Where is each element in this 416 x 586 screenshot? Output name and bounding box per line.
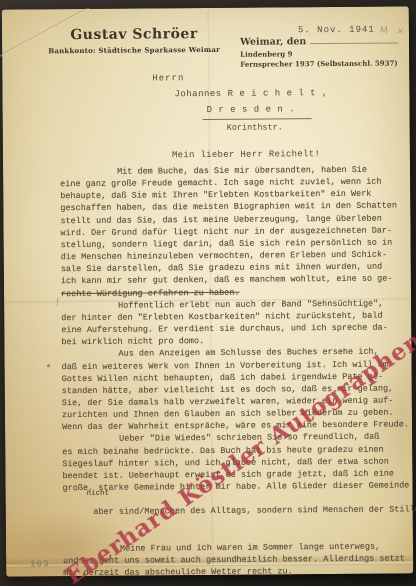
recipient-city: D r e s d e n . (203, 101, 329, 120)
letterhead-sender: Gustav Schröer Bankkonto: Städtische Spa… (42, 26, 226, 55)
typed-insertion: nicht (87, 488, 110, 500)
place-line: Weimar, den (240, 34, 408, 47)
recipient-street: Korinthstr. (227, 119, 329, 136)
recipient-name: Johannes R e i c h e l t , (174, 85, 328, 102)
sender-name: Gustav Schröer (42, 26, 226, 43)
sender-phone: Fernsprecher 1937 (Selbstanschl. 5937) (240, 58, 408, 68)
sender-bank-line: Bankkonto: Städtische Sparkasse Weimar (42, 45, 226, 55)
pencil-inventory-number: 103 (30, 559, 49, 569)
sender-street: Lindenberg 9 (240, 48, 408, 58)
margin-pencil-squiggle: ƒ (55, 297, 60, 306)
place-line-label: Weimar, den (240, 36, 306, 48)
recipient-title: Herrn (152, 69, 328, 86)
pencil-mark-top-right: M × (380, 26, 408, 37)
recipient-address: Herrn Johannes R e i c h e l t , D r e s… (152, 69, 328, 136)
recipient-city-text: D r e s d e n . (203, 101, 312, 120)
salutation: Mein lieber Herr Reichelt! (60, 148, 412, 161)
body-line: mir derzeit das abscheuliche Wetter rech… (63, 565, 415, 580)
letter-paper: Gustav Schröer Bankkonto: Städtische Spa… (2, 6, 413, 576)
margin-asterisk: * (46, 364, 52, 375)
